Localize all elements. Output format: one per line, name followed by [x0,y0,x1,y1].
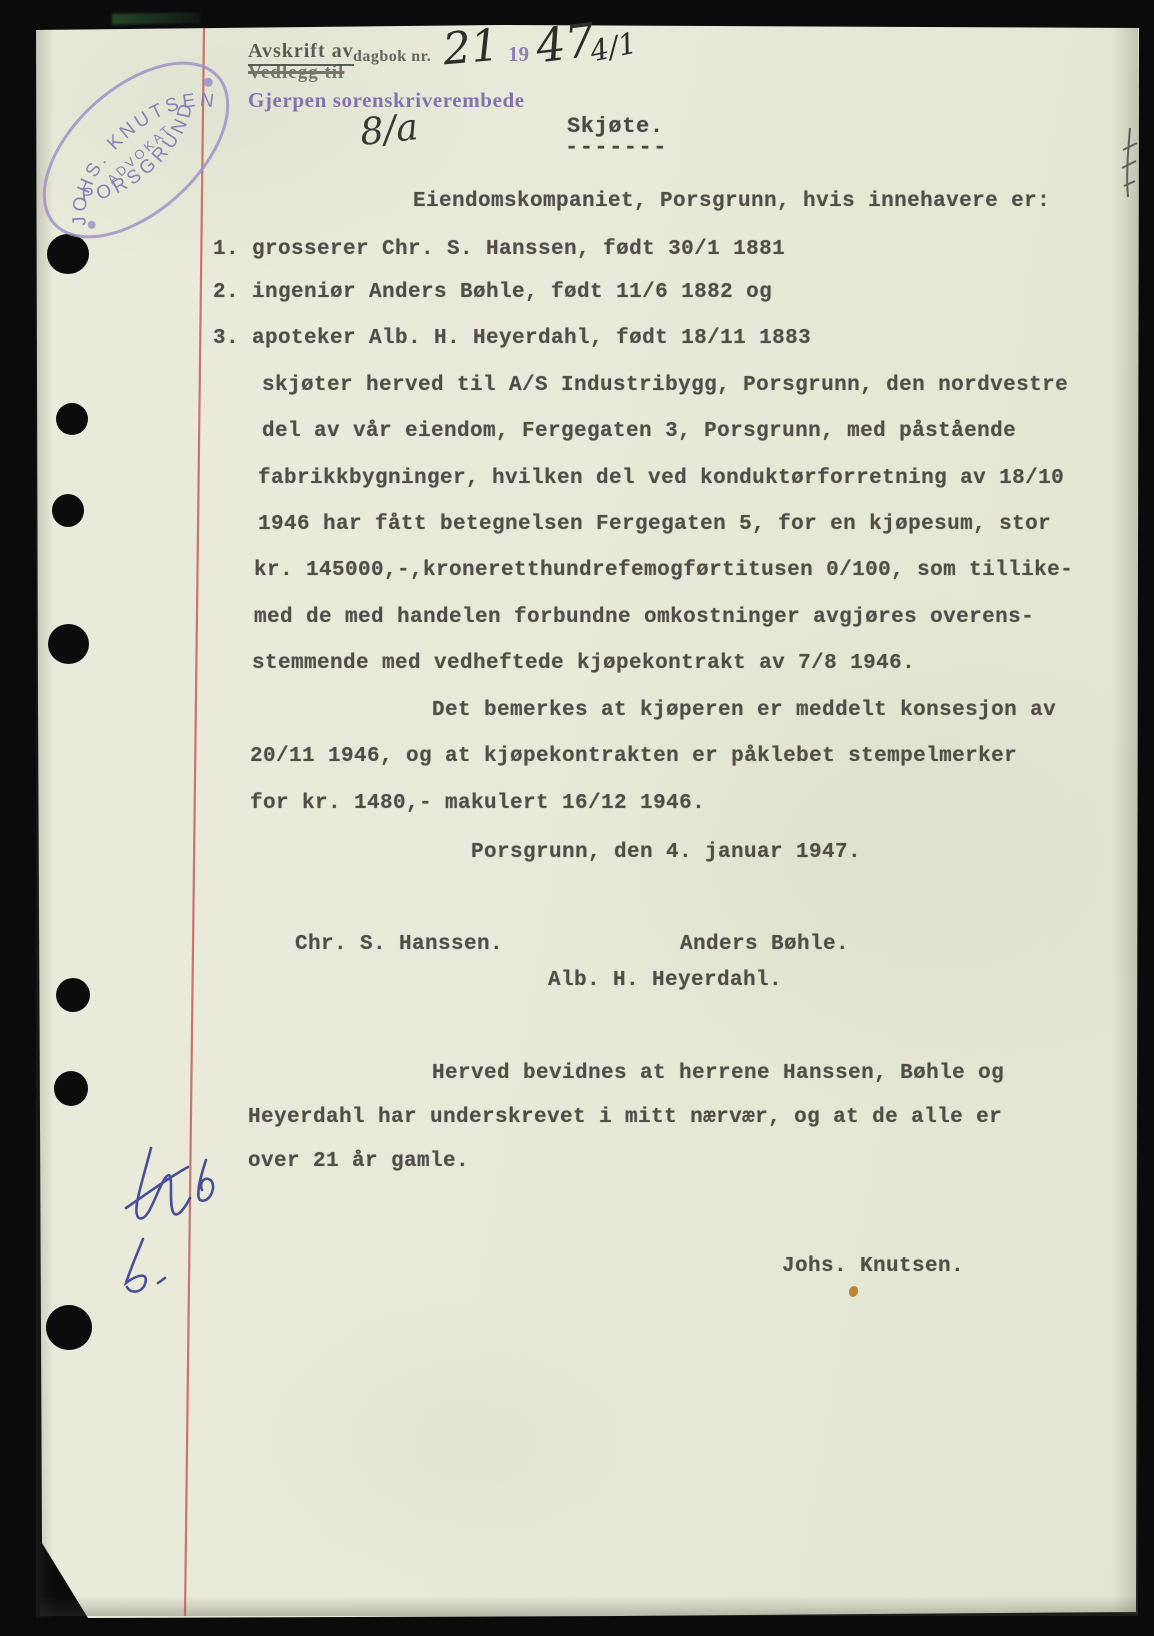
printed-year-prefix: 19 [508,42,529,67]
body-line: fabrikkbygninger, hvilken del ved konduk… [258,467,1064,490]
attestation-line: Herved bevidnes at herrene Hanssen, Bøhl… [432,1062,1004,1085]
signature-heyerdahl: Alb. H. Heyerdahl. [548,969,782,992]
punch-hole [56,403,88,435]
dateline: Porsgrunn, den 4. januar 1947. [471,841,861,864]
body-line: med de med handelen forbundne omkostning… [254,606,1034,629]
punch-hole [48,624,89,664]
body-line: 1946 har fått betegnelsen Fergegaten 5, … [258,513,1051,536]
punch-hole [52,494,84,527]
signature-bohle: Anders Bøhle. [680,933,849,956]
punch-hole [56,978,90,1012]
attachment-stamp-struck: Vedlegg til [248,62,344,84]
body-line: Eiendomskompaniet, Porsgrunn, hvis inneh… [413,190,1050,213]
paper-right-edge-shadow [1112,28,1138,1614]
body-line: skjøter herved til A/S Industribygg, Por… [262,374,1068,397]
paper-left-edge-shadow [36,30,54,1618]
signature-hanssen: Chr. S. Hanssen. [295,933,503,956]
daybook-label: dagbok nr. [353,48,431,66]
body-line: del av vår eiendom, Fergegaten 3, Porsgr… [262,420,1016,443]
punch-hole [54,1071,88,1106]
notary-signature: Johs. Knutsen. [782,1255,964,1278]
handwritten-archive-ref: 8/a [358,105,420,154]
body-line: Det bemerkes at kjøperen er meddelt kons… [432,699,1056,722]
green-ink-smudge [112,12,200,25]
body-line: stemmende med vedheftede kjøpekontrakt a… [252,652,915,675]
body-line: 2. ingeniør Anders Bøhle, født 11/6 1882… [213,281,772,304]
punch-hole [46,1305,92,1350]
body-line: 1. grosserer Chr. S. Hanssen, født 30/1 … [213,238,785,261]
scan-background: JOHS. KNUTSEN ADVOKAT PORSGRUND Avskrift… [0,0,1154,1636]
body-line: kr. 145000,-,kroneretthundrefemogførtitu… [254,559,1073,582]
attestation-line: Heyerdahl har underskrevet i mitt nærvær… [248,1106,1002,1129]
title-underline-dashes: ------- [565,136,668,159]
body-line: 3. apoteker Alb. H. Heyerdahl, født 18/1… [213,327,811,350]
body-line: for kr. 1480,- makulert 16/12 1946. [250,792,705,815]
attestation-line: over 21 år gamle. [248,1150,469,1173]
punch-hole [47,234,89,274]
handwritten-daybook-number: 21 [441,20,501,76]
paper-bottom-edge-shadow [40,1596,1138,1616]
body-line: 20/11 1946, og at kjøpekontrakten er påk… [250,745,1017,768]
